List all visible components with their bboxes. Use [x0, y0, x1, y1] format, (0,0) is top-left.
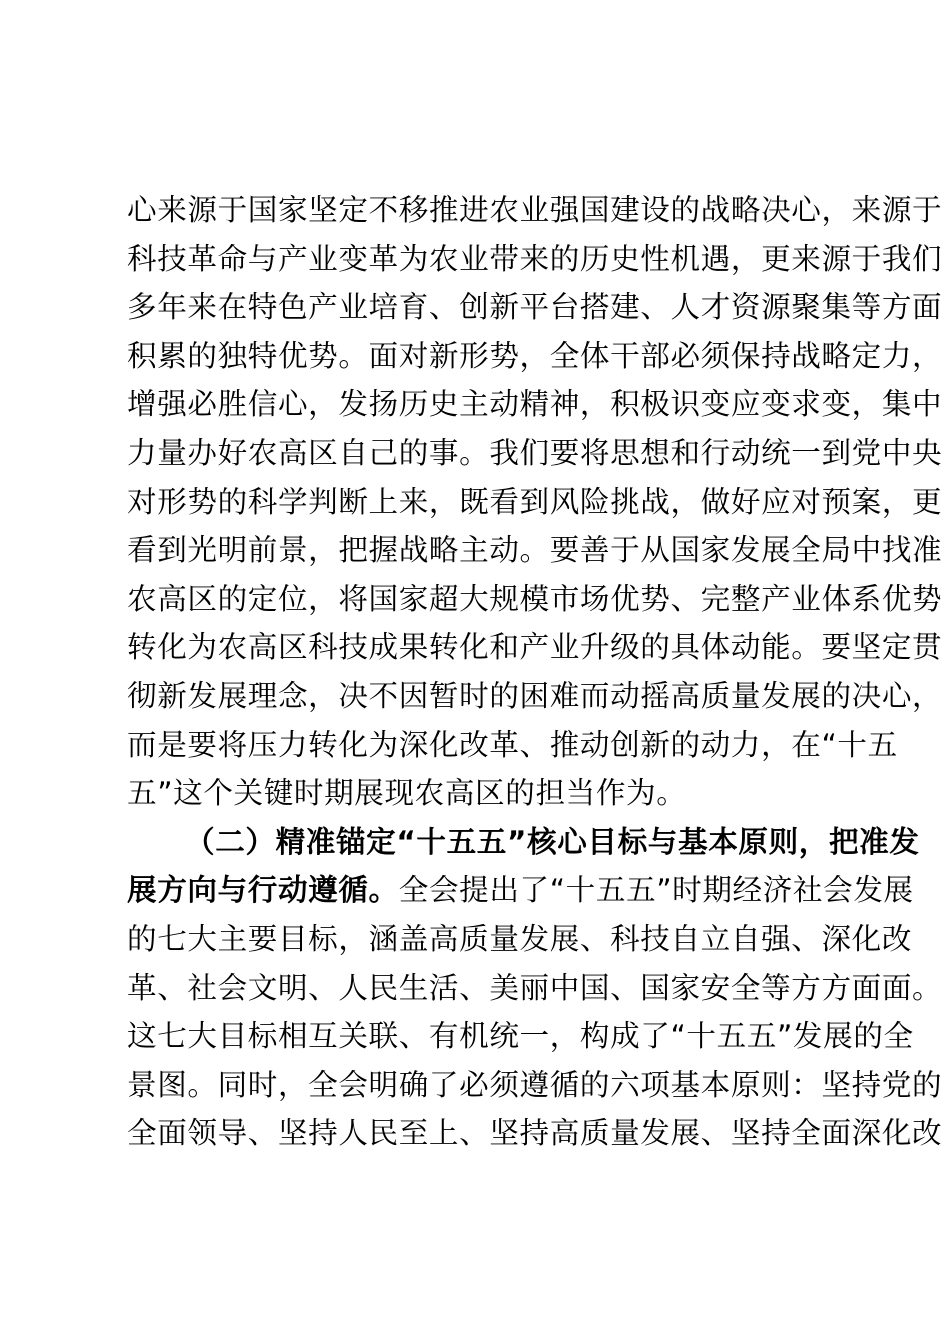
body-text: 全会提出了“十五五”时期经济社会发展 [399, 873, 914, 907]
text-line: 增强必胜信心，发扬历史主动精神，积极识变应变求变，集中 [127, 380, 833, 429]
text-line: 多年来在特色产业培育、创新平台搭建、人才资源聚集等方面 [127, 283, 833, 332]
text-line: 看到光明前景，把握战略主动。要善于从国家发展全局中找准 [127, 526, 833, 575]
document-page: 心来源于国家坚定不移推进农业强国建设的战略决心，来源于 科技革命与产业变革为农业… [127, 186, 837, 1158]
text-line: 积累的独特优势。面对新形势，全体干部必须保持战略定力， [127, 332, 833, 381]
text-line: 对形势的科学判断上来，既看到风险挑战，做好应对预案，更 [127, 478, 833, 527]
section-heading-continued: 展方向与行动遵循。 [127, 873, 399, 907]
text-line: 农高区的定位，将国家超大规模市场优势、完整产业体系优势 [127, 575, 833, 624]
text-line: 科技革命与产业变革为农业带来的历史性机遇，更来源于我们 [127, 235, 833, 284]
text-line: 革、社会文明、人民生活、美丽中国、国家安全等方方面面。 [127, 964, 833, 1013]
section-heading: （二）精准锚定“十五五”核心目标与基本原则，把准发 [127, 818, 833, 867]
text-line: 展方向与行动遵循。全会提出了“十五五”时期经济社会发展 [127, 866, 833, 915]
text-line: 力量办好农高区自己的事。我们要将思想和行动统一到党中央 [127, 429, 833, 478]
text-line: 的七大主要目标，涵盖高质量发展、科技自立自强、深化改 [127, 915, 833, 964]
text-line: 心来源于国家坚定不移推进农业强国建设的战略决心，来源于 [127, 186, 833, 235]
text-line: 彻新发展理念，决不因暂时的困难而动摇高质量发展的决心， [127, 672, 833, 721]
text-line: 而是要将压力转化为深化改革、推动创新的动力，在“十五 [127, 721, 833, 770]
text-line: 五”这个关键时期展现农高区的担当作为。 [127, 769, 833, 818]
text-line: 景图。同时，全会明确了必须遵循的六项基本原则：坚持党的 [127, 1061, 833, 1110]
paragraph-1: 心来源于国家坚定不移推进农业强国建设的战略决心，来源于 科技革命与产业变革为农业… [127, 186, 837, 818]
text-line: 这七大目标相互关联、有机统一，构成了“十五五”发展的全 [127, 1012, 833, 1061]
text-line: 转化为农高区科技成果转化和产业升级的具体动能。要坚定贯 [127, 623, 833, 672]
text-line: 全面领导、坚持人民至上、坚持高质量发展、坚持全面深化改 [127, 1109, 833, 1158]
paragraph-2: （二）精准锚定“十五五”核心目标与基本原则，把准发 展方向与行动遵循。全会提出了… [127, 818, 837, 1158]
